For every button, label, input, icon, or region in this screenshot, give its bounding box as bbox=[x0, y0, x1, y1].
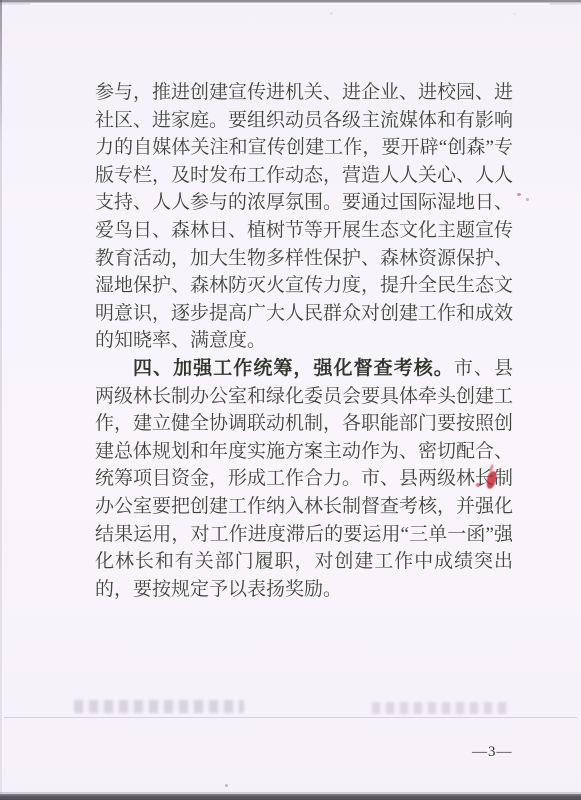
red-ink-speck bbox=[526, 198, 529, 201]
paragraph-bold-heading: 四、加强工作统筹，强化督查考核。 bbox=[133, 358, 454, 379]
paragraph-text: 市、县两级林长制办公室和绿化委员会要具体牵头创建工作，建立健全协调联动机制，各职… bbox=[95, 358, 513, 600]
show-through-text-left bbox=[74, 700, 244, 713]
page-number: —3— bbox=[472, 744, 542, 761]
paper-crease-line bbox=[4, 717, 577, 718]
show-through-text-right bbox=[372, 702, 510, 714]
paper-speck bbox=[225, 784, 228, 787]
scan-edge-top-highlight bbox=[30, 3, 550, 5]
paragraph: 四、加强工作统筹，强化督查考核。市、县两级林长制办公室和绿化委员会要具体牵头创建… bbox=[95, 355, 513, 603]
paragraph: 参与，推进创建宣传进机关、进企业、进校园、进社区、进家庭。要组织动员各级主流媒体… bbox=[95, 79, 513, 355]
paper-speck bbox=[513, 13, 516, 15]
paper-speck bbox=[330, 12, 333, 15]
scan-edge-left bbox=[0, 0, 2, 800]
scan-edge-bottom bbox=[0, 794, 581, 800]
red-ink-dot bbox=[476, 483, 480, 487]
paragraph-text: 参与，推进创建宣传进机关、进企业、进校园、进社区、进家庭。要组织动员各级主流媒体… bbox=[95, 82, 513, 351]
document-body: 参与，推进创建宣传进机关、进企业、进校园、进社区、进家庭。要组织动员各级主流媒体… bbox=[95, 79, 513, 603]
scanned-document-page: 参与，推进创建宣传进机关、进企业、进校园、进社区、进家庭。要组织动员各级主流媒体… bbox=[0, 0, 581, 800]
red-ink-speck bbox=[517, 193, 521, 196]
